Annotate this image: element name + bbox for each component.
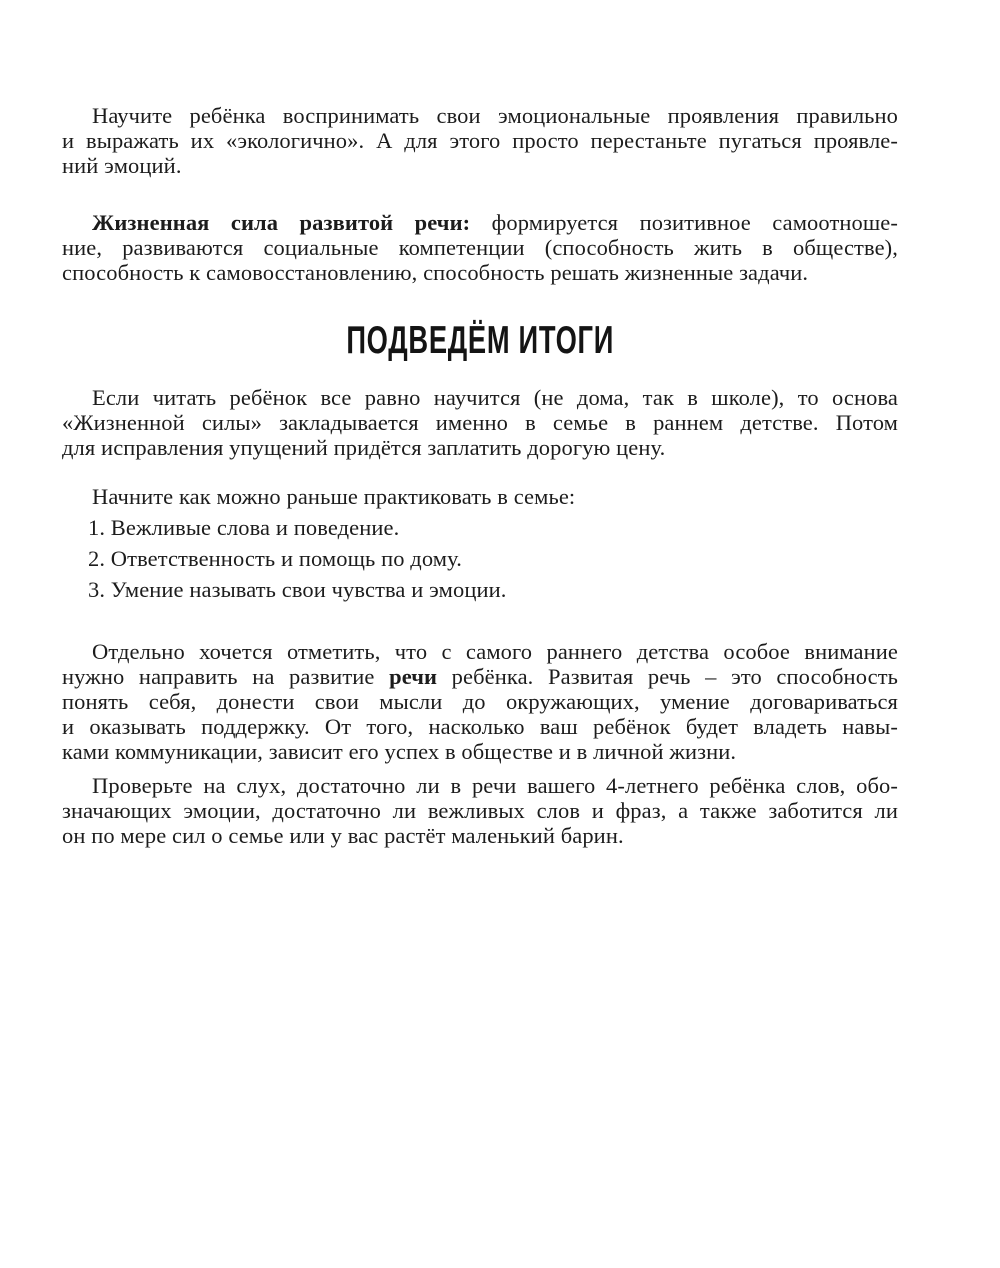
text-segment: «Жизненной силы» закладывается именно в …	[62, 410, 898, 435]
text-line: Начните как можно раньше практиковать в …	[62, 484, 898, 509]
text-segment: ребёнка. Развитая речь – это способность	[437, 664, 898, 689]
text-line: он по мере сил о семье или у вас растёт …	[62, 823, 898, 848]
para-speech-development: Отдельно хочется отметить, что с самого …	[62, 639, 898, 764]
text-line: для исправления упущений придётся заплат…	[62, 435, 898, 460]
text-segment: Отдельно хочется отметить, что с самого …	[92, 639, 898, 664]
text-segment: нужно направить на развитие	[62, 664, 389, 689]
list-item-2: 2. Ответственность и помощь по дому.	[62, 546, 898, 571]
text-line: 3. Умение называть свои чувства и эмоции…	[88, 577, 898, 602]
text-segment: Проверьте на слух, достаточно ли в речи …	[92, 773, 898, 798]
text-line: нужно направить на развитие речи ребёнка…	[62, 664, 898, 689]
para-perceive-emotions: Научите ребёнка воспринимать свои эмоцио…	[62, 103, 898, 178]
text-segment: Начните как можно раньше практиковать в …	[92, 484, 575, 509]
text-blocks-bottom: Если читать ребёнок все равно научится (…	[62, 359, 898, 848]
text-line: «Жизненной силы» закладывается именно в …	[62, 410, 898, 435]
bold-text-segment: речи	[389, 664, 437, 689]
text-line: и выражать их «экологично». А для этого …	[62, 128, 898, 153]
text-blocks-top: Научите ребёнка воспринимать свои эмоцио…	[62, 0, 898, 285]
text-line: способность к самовосстановлению, способ…	[62, 260, 898, 285]
text-line: значающих эмоции, достаточно ли вежливых…	[62, 798, 898, 823]
section-heading-row: ПОДВЕДЁМ ИТОГИ	[62, 323, 898, 359]
text-line: и оказывать поддержку. От того, наскольк…	[62, 714, 898, 739]
text-segment: ками коммуникации, зависит его успех в о…	[62, 739, 736, 764]
text-segment: 3. Умение называть свои чувства и эмоции…	[88, 577, 507, 602]
text-line: ний эмоций.	[62, 153, 898, 178]
list-item-1: 1. Вежливые слова и поведение.	[62, 515, 898, 540]
text-line: Научите ребёнка воспринимать свои эмоцио…	[62, 103, 898, 128]
para-life-force-speech: Жизненная сила развитой речи: формируетс…	[62, 210, 898, 285]
para-start-practice: Начните как можно раньше практиковать в …	[62, 484, 898, 509]
text-line: 2. Ответственность и помощь по дому.	[88, 546, 898, 571]
text-segment: и оказывать поддержку. От того, наскольк…	[62, 714, 898, 739]
page-content: Научите ребёнка воспринимать свои эмоцио…	[62, 0, 898, 848]
text-line: ние, развиваются социальные компетенции …	[62, 235, 898, 260]
text-segment: Если читать ребёнок все равно научится (…	[92, 385, 898, 410]
section-heading: ПОДВЕДЁМ ИТОГИ	[346, 323, 614, 359]
text-line: Проверьте на слух, достаточно ли в речи …	[62, 773, 898, 798]
text-segment: 1. Вежливые слова и поведение.	[88, 515, 399, 540]
text-line: Отдельно хочется отметить, что с самого …	[62, 639, 898, 664]
text-line: 1. Вежливые слова и поведение.	[88, 515, 898, 540]
text-segment: и выражать их «экологично». А для этого …	[62, 128, 898, 153]
text-segment: Научите ребёнка воспринимать свои эмоцио…	[92, 103, 898, 128]
text-line: ками коммуникации, зависит его успех в о…	[62, 739, 898, 764]
text-line: Жизненная сила развитой речи: формируетс…	[62, 210, 898, 235]
text-segment: 2. Ответственность и помощь по дому.	[88, 546, 462, 571]
text-segment: значающих эмоции, достаточно ли вежливых…	[62, 798, 898, 823]
para-reading-basis: Если читать ребёнок все равно научится (…	[62, 385, 898, 460]
book-page: Научите ребёнка воспринимать свои эмоцио…	[0, 0, 1000, 1268]
text-segment: для исправления упущений придётся заплат…	[62, 435, 665, 460]
text-segment: формируется позитивное самоотноше-	[470, 210, 898, 235]
text-segment: ние, развиваются социальные компетенции …	[62, 235, 898, 260]
text-segment: ний эмоций.	[62, 153, 182, 178]
text-segment: он по мере сил о семье или у вас растёт …	[62, 823, 624, 848]
text-segment: способность к самовосстановлению, способ…	[62, 260, 808, 285]
para-check-by-ear: Проверьте на слух, достаточно ли в речи …	[62, 773, 898, 848]
text-line: понять себя, донести свои мысли до окруж…	[62, 689, 898, 714]
list-item-3: 3. Умение называть свои чувства и эмоции…	[62, 577, 898, 602]
text-segment: понять себя, донести свои мысли до окруж…	[62, 689, 898, 714]
bold-text-segment: Жизненная сила развитой речи:	[92, 210, 470, 235]
text-line: Если читать ребёнок все равно научится (…	[62, 385, 898, 410]
